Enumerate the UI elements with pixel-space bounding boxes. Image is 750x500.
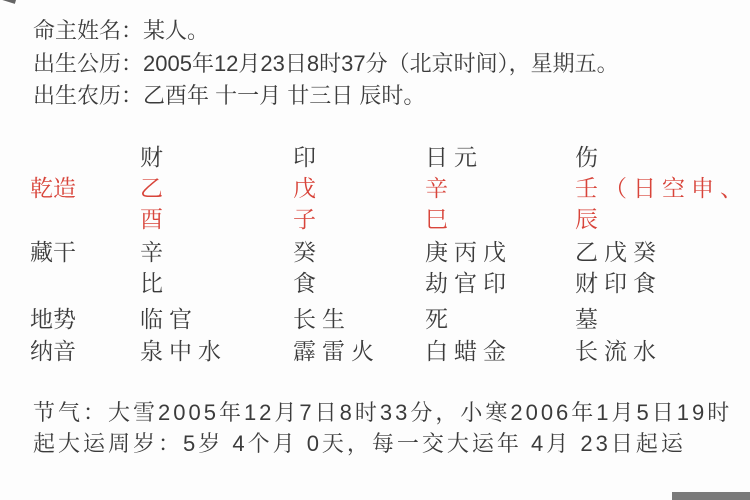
scan-artifact-mark	[0, 0, 16, 4]
luck-cycle-line: 起大运周岁：5岁 4个月 0天，每一交大运年 4月 23日起运	[33, 430, 686, 458]
year-branch: 酉	[140, 206, 169, 232]
month-nayin: 霹雷火	[293, 338, 380, 364]
row-hidden-stems: 藏干 辛 癸 庚丙戊 乙戊癸	[0, 239, 750, 269]
solar-terms-line: 节气：大雪2005年12月7日8时33分，小寒2006年1月5日19时	[33, 399, 732, 427]
hour-nayin: 长流水	[575, 338, 662, 364]
day-stem: 辛	[425, 175, 454, 201]
hour-hidden-gods: 财印食	[575, 270, 662, 296]
day-branch: 巳	[425, 206, 454, 232]
year-life-stage: 临官	[140, 306, 198, 332]
month-pillar-god: 印	[293, 144, 322, 170]
year-stem: 乙	[140, 175, 169, 201]
year-nayin: 泉中水	[140, 338, 227, 364]
row-ten-gods: 财 印 日元 伤	[0, 144, 750, 174]
row-earthly-branches: 酉 子 巳 辰	[0, 206, 750, 236]
day-hidden-stems: 庚丙戊	[425, 239, 512, 265]
hour-stem-with-void-note: 壬（日空申、酉）	[575, 175, 750, 201]
bazi-chart-page: 命主姓名：某人。 出生公历：2005年12月23日8时37分（北京时间），星期五…	[0, 0, 750, 500]
month-hidden-stems: 癸	[293, 239, 322, 265]
day-life-stage: 死	[425, 306, 454, 332]
row-hidden-stem-gods: 比 食 劫官印 财印食	[0, 270, 750, 300]
day-nayin: 白蜡金	[425, 338, 512, 364]
label-canggan: 藏干	[30, 239, 76, 265]
year-pillar-god: 财	[140, 144, 169, 170]
label-dishi: 地势	[30, 306, 76, 332]
hour-life-stage: 墓	[575, 306, 604, 332]
year-hidden-gods: 比	[140, 270, 169, 296]
day-master-header: 日元	[425, 144, 483, 170]
month-stem: 戊	[293, 175, 322, 201]
row-nayin: 纳音 泉中水 霹雷火 白蜡金 长流水	[0, 338, 750, 368]
month-hidden-gods: 食	[293, 270, 322, 296]
owner-name-line: 命主姓名：某人。	[33, 19, 209, 43]
row-heavenly-stems: 乾造 乙 戊 辛 壬（日空申、酉）	[0, 175, 750, 205]
label-qianzao: 乾造	[30, 175, 76, 201]
year-hidden-stems: 辛	[140, 239, 169, 265]
hour-pillar-god: 伤	[575, 144, 604, 170]
lunar-birthdate-line: 出生农历：乙酉年 十一月 廿三日 辰时。	[33, 84, 425, 108]
row-life-stage: 地势 临官 长生 死 墓	[0, 306, 750, 336]
month-branch: 子	[293, 206, 322, 232]
label-nayin: 纳音	[30, 338, 76, 364]
month-life-stage: 长生	[293, 306, 351, 332]
hour-hidden-stems: 乙戊癸	[575, 239, 662, 265]
gregorian-birthdate-line: 出生公历：2005年12月23日8时37分（北京时间），星期五。	[33, 52, 619, 76]
scrollbar-thumb-horizontal[interactable]	[672, 492, 750, 500]
hour-branch: 辰	[575, 206, 604, 232]
day-hidden-gods: 劫官印	[425, 270, 512, 296]
